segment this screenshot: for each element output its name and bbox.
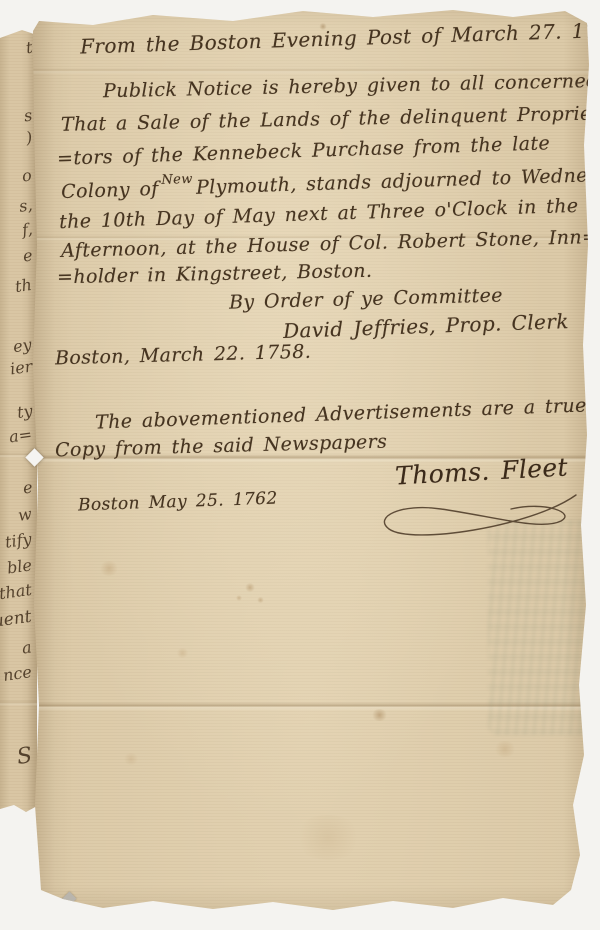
document-scan: { "palette": { "paper": "#dccaa8", "pape… [0,0,600,930]
by-order-line: By Order of ye Committee [229,284,503,313]
page-edge-fragment: S [15,743,33,770]
page-edge-fragment: t [24,38,33,58]
page-edge-fragment: a [21,637,33,657]
page-edge-fragment: e [21,477,33,497]
page-edge-fragment: s, [17,195,33,216]
stain [245,583,255,592]
notice-line-post: Plymouth, stands adjourned to Wednesday [196,163,600,199]
stain [176,648,189,658]
stain [236,595,242,601]
adjacent-page-strip: t s ) o s, f, e th ey ier ty a= e w tify… [0,30,37,812]
clerk-signature: David Jeffries, Prop. Clerk [283,309,570,343]
heading-source-line: From the Boston Evening Post of March 27… [80,17,600,58]
page-edge-fragment: quent [0,607,33,634]
stain [293,815,363,860]
notice-place-date: Boston, March 22. 1758. [55,341,312,370]
fleet-signature: Thoms. Fleet [394,452,568,490]
stain [371,709,388,721]
interline-insertion: New [161,172,193,188]
notice-line: Publick Notice is hereby given to all co… [103,70,600,103]
page-edge-fragment: e [21,245,33,265]
attestation-line: The abovementioned Advertisements are a … [95,394,587,433]
page-edge-fragment: ble [6,555,33,577]
page-edge-fragment: ey [12,335,33,356]
page-edge-fragment: ty [15,401,33,422]
page-edge-fragment: w [17,504,33,525]
paper-notch [60,892,77,909]
page-edge-fragment: o [21,165,33,185]
page-edge-fragment: nce [2,662,33,685]
attestation-line: Copy from the said Newspapers [55,431,388,462]
page-edge-fragment: s [22,106,33,126]
notice-line-pre: Colony of [61,178,159,203]
signature-flourish [371,487,586,553]
notice-line: =tors of the Kennebeck Purchase from the… [57,132,551,169]
page-edge-fragment: th [14,275,33,296]
stain [123,753,139,765]
page-edge-fragment: that [0,580,33,603]
fold-crease [0,700,37,706]
notice-line: Afternoon, at the House of Col. Robert S… [61,226,599,262]
page-edge-fragment: tify [4,529,33,552]
main-page: From the Boston Evening Post of March 27… [33,5,589,913]
notice-line: =holder in Kingstreet, Boston. [57,260,373,289]
stain [493,741,517,757]
page-edge-fragment: f, [20,219,33,239]
page-edge-fragment: ier [9,357,34,379]
page-edge-fragment: a= [8,424,33,446]
attestation-place-date: Boston May 25. 1762 [78,489,278,516]
stain [257,597,264,603]
notice-line: That a Sale of the Lands of the delinque… [61,102,600,135]
stain [99,561,119,576]
page-edge-fragment: ) [24,128,33,148]
